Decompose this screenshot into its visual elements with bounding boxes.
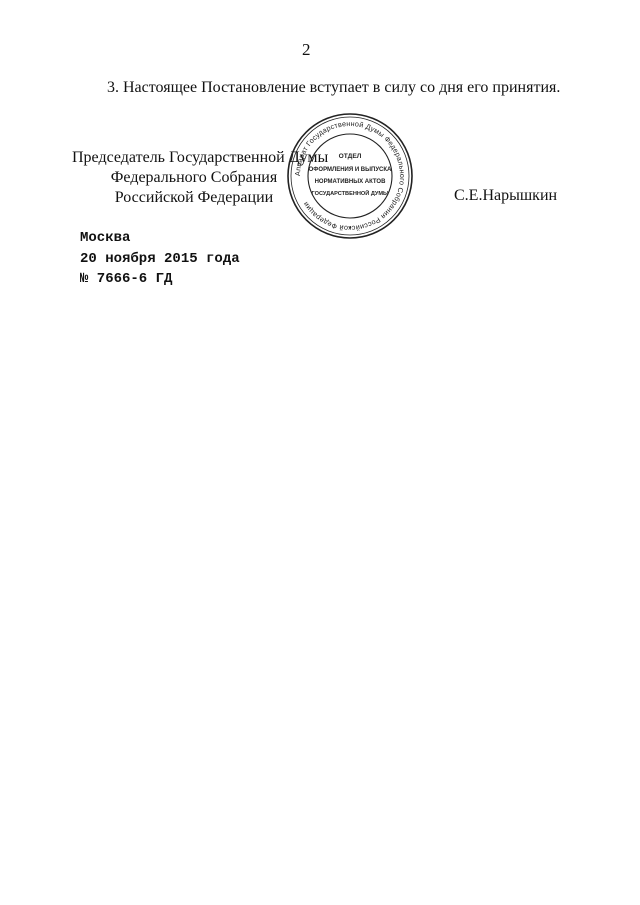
stamp-line: ГОСУДАРСТВЕННОЙ ДУМЫ — [312, 189, 390, 197]
date: 20 ноября 2015 года — [80, 251, 240, 267]
document-number: № 7666-6 ГД — [80, 271, 172, 287]
page-number: 2 — [302, 40, 311, 60]
clause-text: 3. Настоящее Постановление вступает в си… — [107, 79, 560, 97]
official-stamp: Аппарат Государственной Думы Федеральног… — [286, 112, 414, 240]
position-line: Председатель Государственной Думы — [72, 148, 316, 168]
stamp-line: ОФОРМЛЕНИЯ И ВЫПУСКА — [309, 167, 392, 173]
stamp-star-icon: * — [348, 225, 351, 234]
stamp-line: ОТДЕЛ — [339, 153, 362, 160]
stamp-outer-text: Аппарат Государственной Думы Федеральног… — [293, 119, 407, 233]
position-line: Федерального Собрания — [72, 168, 316, 188]
place: Москва — [80, 230, 130, 246]
signatory-name: С.Е.Нарышкин — [454, 187, 557, 205]
position-line: Российской Федерации — [72, 188, 316, 208]
stamp-seal-icon: Аппарат Государственной Думы Федеральног… — [286, 112, 414, 240]
signatory-position: Председатель Государственной Думы Федера… — [72, 148, 316, 208]
svg-text:Аппарат Государственной Думы Ф: Аппарат Государственной Думы Федеральног… — [293, 119, 407, 233]
stamp-line: НОРМАТИВНЫХ АКТОВ — [315, 179, 386, 185]
